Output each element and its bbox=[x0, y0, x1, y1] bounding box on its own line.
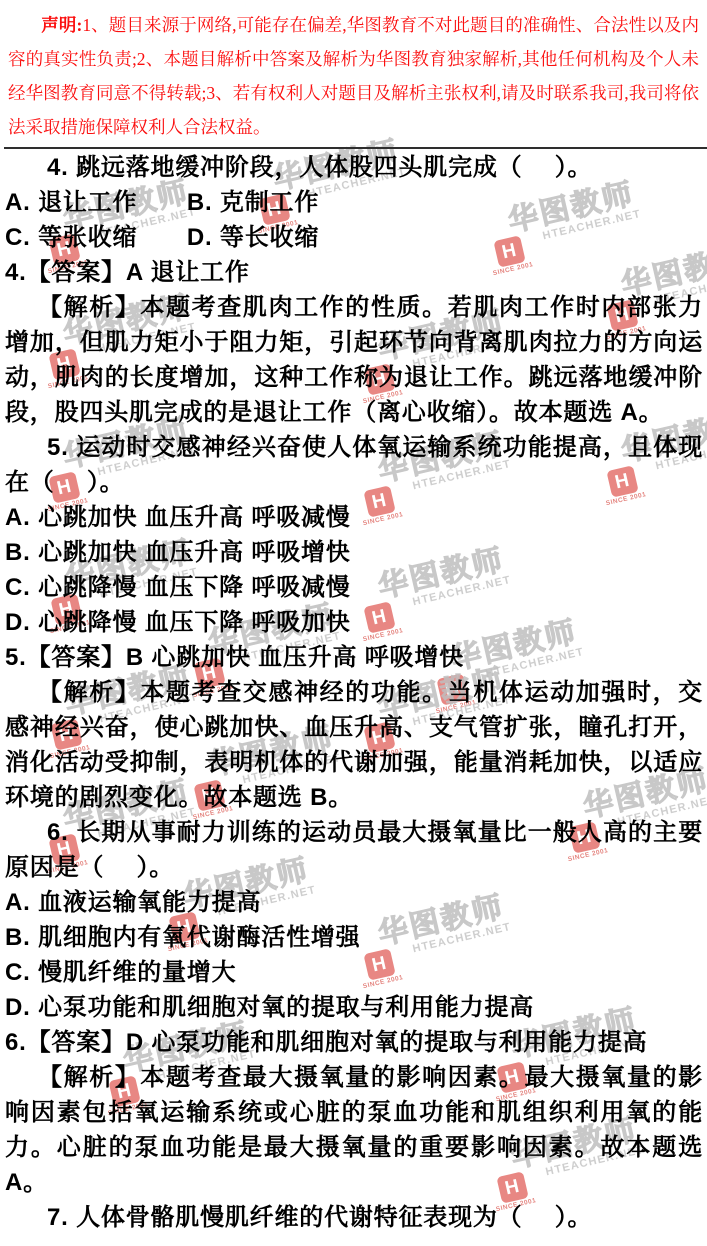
disclaimer-body-text: 1、题目来源于网络,可能存在偏差,华图教育不对此题目的准确性、合法性以及内容的真… bbox=[8, 15, 699, 137]
question-5-option-a: A. 心跳加快 血压升高 呼吸减慢 bbox=[5, 500, 703, 535]
question-4-answer: 4.【答案】A 退让工作 bbox=[5, 255, 703, 290]
question-5-option-d: D. 心跳降慢 血压下降 呼吸加快 bbox=[5, 605, 703, 640]
question-4-analysis: 【解析】本题考查肌肉工作的性质。若肌肉工作时内部张力增加，但肌力矩小于阻力矩，引… bbox=[5, 290, 703, 430]
disclaimer: 声明:1、题目来源于网络,可能存在偏差,华图教育不对此题目的准确性、合法性以及内… bbox=[0, 0, 707, 144]
question-4-stem: 4. 跳远落地缓冲阶段，人体股四头肌完成（ ）。 bbox=[5, 150, 703, 185]
question-5-option-c: C. 心跳降慢 血压下降 呼吸减慢 bbox=[5, 570, 703, 605]
question-4-options-ab: A. 退让工作 B. 克制工作 bbox=[5, 185, 703, 220]
question-7-stem: 7. 人体骨骼肌慢肌纤维的代谢特征表现为（ ）。 bbox=[5, 1200, 703, 1235]
question-5-answer: 5.【答案】B 心跳加快 血压升高 呼吸增快 bbox=[5, 640, 703, 675]
question-6-option-a: A. 血液运输氧能力提高 bbox=[5, 885, 703, 920]
question-5-option-b: B. 心跳加快 血压升高 呼吸增快 bbox=[5, 535, 703, 570]
question-4-options-cd: C. 等张收缩 D. 等长收缩 bbox=[5, 220, 703, 255]
question-6-option-b: B. 肌细胞内有氧代谢酶活性增强 bbox=[5, 920, 703, 955]
question-6-stem: 6. 长期从事耐力训练的运动员最大摄氧量比一般人高的主要原因是（ ）。 bbox=[5, 815, 703, 885]
question-6-option-d: D. 心泵功能和肌细胞对氧的提取与利用能力提高 bbox=[5, 990, 703, 1025]
questions-area: 4. 跳远落地缓冲阶段，人体股四头肌完成（ ）。 A. 退让工作 B. 克制工作… bbox=[0, 149, 707, 1235]
question-6-answer: 6.【答案】D 心泵功能和肌细胞对氧的提取与利用能力提高 bbox=[5, 1025, 703, 1060]
question-5-analysis: 【解析】本题考查交感神经的功能。当机体运动加强时，交感神经兴奋，使心跳加快、血压… bbox=[5, 675, 703, 815]
question-6-analysis: 【解析】本题考查最大摄氧量的影响因素。最大摄氧量的影响因素包括氧运输系统或心脏的… bbox=[5, 1060, 703, 1200]
question-5-stem: 5. 运动时交感神经兴奋使人体氧运输系统功能提高，且体现在（ ）。 bbox=[5, 430, 703, 500]
question-6-option-c: C. 慢肌纤维的量增大 bbox=[5, 955, 703, 990]
disclaimer-label: 声明: bbox=[41, 15, 82, 35]
